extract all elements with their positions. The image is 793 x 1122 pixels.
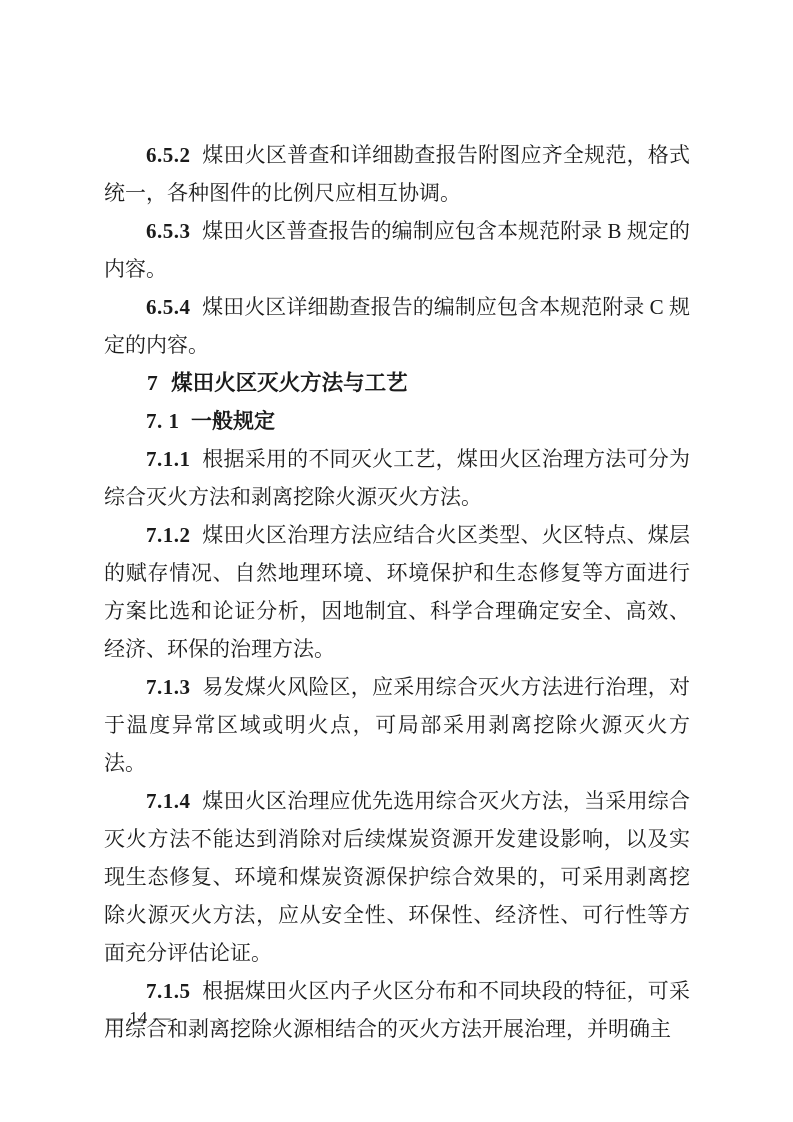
section-number: 7	[147, 371, 158, 395]
clause-number: 6.5.4	[146, 295, 191, 319]
clause-6-5-2-paragraph: 6.5.2煤田火区普查和详细勘查报告附图应齐全规范，格式统一，各种图件的比例尺应…	[104, 136, 690, 212]
clause-7-1-2-paragraph: 7.1.2煤田火区治理方法应结合火区类型、火区特点、煤层的赋存情况、自然地理环境…	[104, 516, 690, 668]
clause-6-5-3-paragraph: 6.5.3煤田火区普查报告的编制应包含本规范附录 B 规定的内容。	[104, 212, 690, 288]
clause-7-1-5-paragraph: 7.1.5根据煤田火区内子火区分布和不同块段的特征，可采用综合和剥离挖除火源相结…	[104, 972, 690, 1048]
clause-number: 7.1.3	[146, 675, 191, 699]
page-number: — 14 —	[106, 1006, 172, 1030]
clause-6-5-4-paragraph: 6.5.4煤田火区详细勘查报告的编制应包含本规范附录 C 规定的内容。	[104, 288, 690, 364]
section-7-heading: 7煤田火区灭火方法与工艺	[104, 364, 690, 402]
clause-text: 煤田火区普查和详细勘查报告附图应齐全规范，格式统一，各种图件的比例尺应相互协调。	[104, 143, 690, 205]
clause-7-1-3-paragraph: 7.1.3易发煤火风险区，应采用综合灭火方法进行治理，对于温度异常区域或明火点，…	[104, 668, 690, 782]
document-body: 6.5.2煤田火区普查和详细勘查报告附图应齐全规范，格式统一，各种图件的比例尺应…	[104, 136, 690, 1048]
clause-text: 根据煤田火区内子火区分布和不同块段的特征，可采用综合和剥离挖除火源相结合的灭火方…	[104, 979, 690, 1041]
clause-7-1-1-paragraph: 7.1.1根据采用的不同灭火工艺，煤田火区治理方法可分为综合灭火方法和剥离挖除火…	[104, 440, 690, 516]
clause-text: 煤田火区普查报告的编制应包含本规范附录 B 规定的内容。	[104, 219, 690, 281]
clause-text: 煤田火区详细勘查报告的编制应包含本规范附录 C 规定的内容。	[104, 295, 690, 357]
section-7-1-heading: 7. 1一般规定	[104, 402, 690, 440]
clause-number: 7.1.1	[146, 447, 191, 471]
section-title: 煤田火区灭火方法与工艺	[171, 371, 408, 395]
clause-text: 根据采用的不同灭火工艺，煤田火区治理方法可分为综合灭火方法和剥离挖除火源灭火方法…	[104, 447, 690, 509]
clause-number: 7.1.5	[146, 979, 191, 1003]
clause-number: 7.1.4	[146, 789, 191, 813]
clause-text: 煤田火区治理方法应结合火区类型、火区特点、煤层的赋存情况、自然地理环境、环境保护…	[104, 523, 690, 661]
clause-text: 煤田火区治理应优先选用综合灭火方法，当采用综合灭火方法不能达到消除对后续煤炭资源…	[104, 789, 690, 965]
section-number: 7. 1	[146, 409, 180, 433]
clause-text: 易发煤火风险区，应采用综合灭火方法进行治理，对于温度异常区域或明火点，可局部采用…	[104, 675, 690, 775]
document-page: 6.5.2煤田火区普查和详细勘查报告附图应齐全规范，格式统一，各种图件的比例尺应…	[0, 0, 793, 1122]
clause-number: 7.1.2	[146, 523, 191, 547]
section-title: 一般规定	[191, 409, 275, 433]
clause-7-1-4-paragraph: 7.1.4煤田火区治理应优先选用综合灭火方法，当采用综合灭火方法不能达到消除对后…	[104, 782, 690, 972]
clause-number: 6.5.2	[146, 143, 191, 167]
clause-number: 6.5.3	[146, 219, 191, 243]
